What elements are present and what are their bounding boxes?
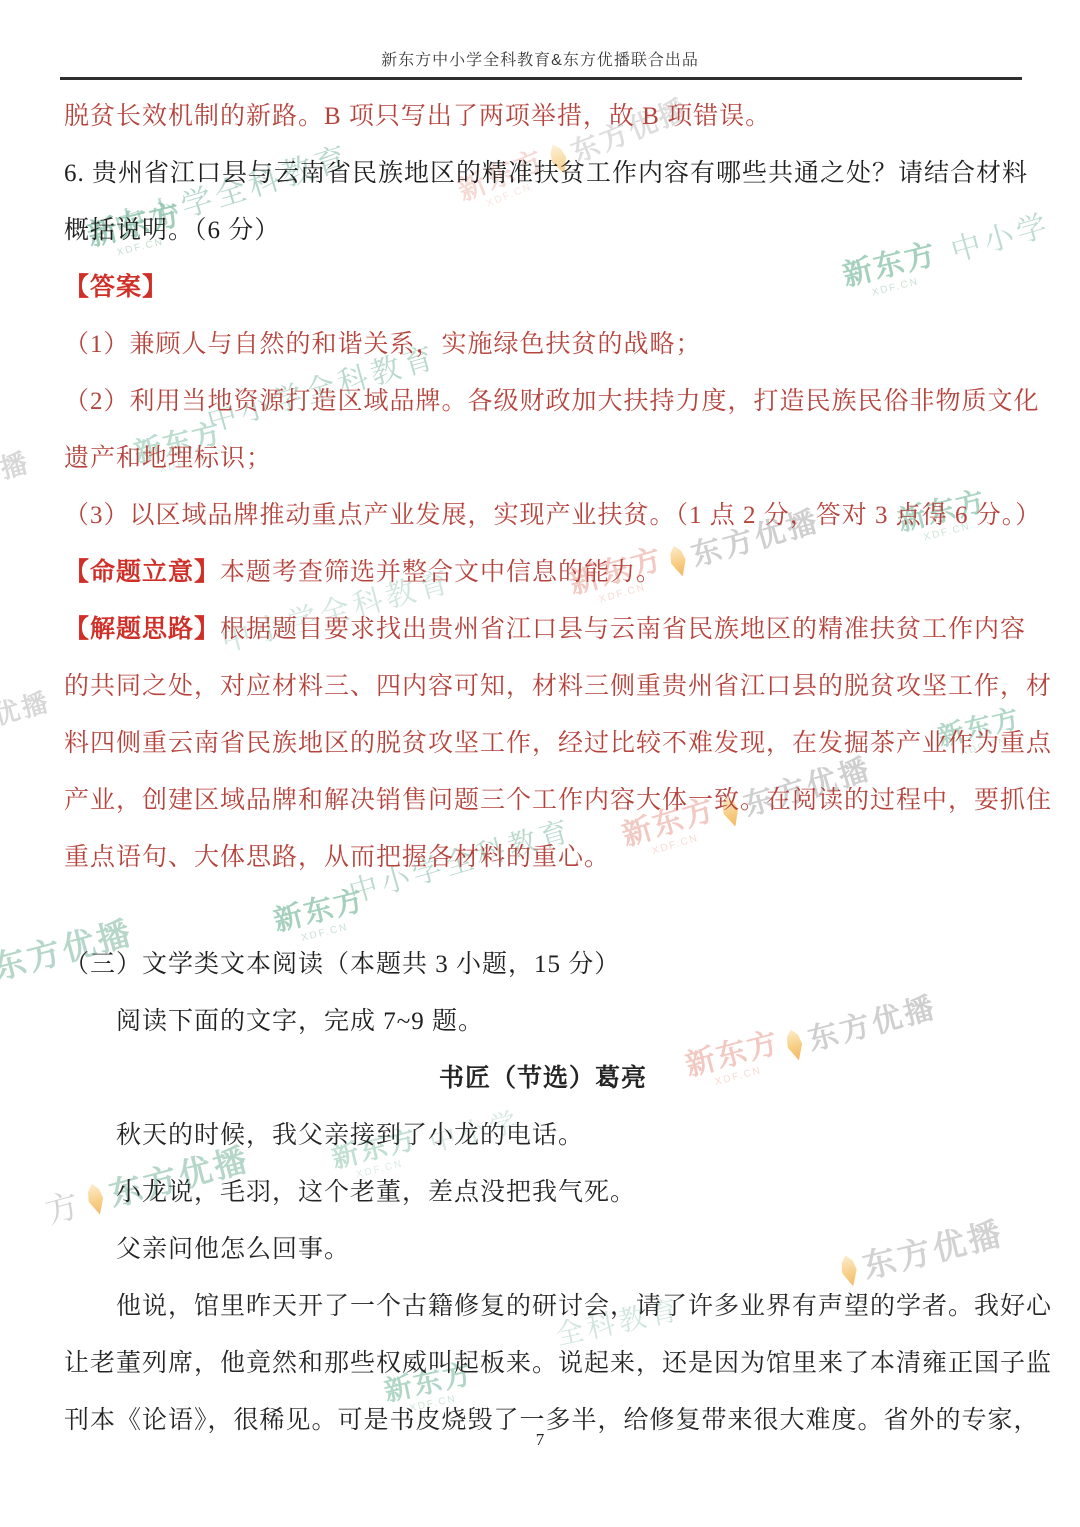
line-text: 的共同之处，对应材料三、四内容可知，材料三侧重贵州省江口县的脱贫攻坚工作，材 [64,673,1052,700]
text-line: 的共同之处，对应材料三、四内容可知，材料三侧重贵州省江口县的脱贫攻坚工作，材 [64,658,1022,715]
text-line: 父亲问他怎么回事。 [64,1221,1022,1278]
text-line: 【解题思路】根据题目要求找出贵州省江口县与云南省民族地区的精准扶贫工作内容 [64,601,1022,658]
line-text: （三）文学类文本阅读（本题共 3 小题，15 分） [64,951,620,978]
text-line: （2）利用当地资源打造区域品牌。各级财政加大扶持力度，打造民族民俗非物质文化 [64,373,1022,430]
text-line: 秋天的时候，我父亲接到了小龙的电话。 [64,1107,1022,1164]
line-text: 书匠（节选）葛亮 [439,1065,647,1092]
page-header-title: 新东方中小学全科教育&东方优播联合出品 [0,0,1080,70]
text-line: 概括说明。（6 分） [64,202,1022,259]
line-text: 遗产和地理标识； [64,445,272,472]
text-line: 遗产和地理标识； [64,430,1022,487]
line-text: 本题考查筛选并整合文中信息的能力。 [220,559,662,586]
line-text: （2）利用当地资源打造区域品牌。各级财政加大扶持力度，打造民族民俗非物质文化 [64,388,1040,415]
line-text: 根据题目要求找出贵州省江口县与云南省民族地区的精准扶贫工作内容 [220,616,1026,643]
text-line: 让老董列席，他竟然和那些权威叫起板来。说起来，还是因为馆里来了本清雍正国子监 [64,1335,1022,1392]
line-text: （1）兼顾人与自然的和谐关系，实施绿色扶贫的战略； [64,331,702,358]
text-line: 阅读下面的文字，完成 7~9 题。 [64,993,1022,1050]
line-text: 概括说明。（6 分） [64,217,280,244]
line-text: 脱贫长效机制的新路。B 项只写出了两项举措，故 B 项错误。 [64,103,771,130]
text-line: （1）兼顾人与自然的和谐关系，实施绿色扶贫的战略； [64,316,1022,373]
line-text: 让老董列席，他竟然和那些权威叫起板来。说起来，还是因为馆里来了本清雍正国子监 [64,1350,1052,1377]
line-text: 6. 贵州省江口县与云南省民族地区的精准扶贫工作内容有哪些共通之处？请结合材料 [64,160,1028,187]
answer-section-label: 【解题思路】 [64,616,220,643]
line-text: 料四侧重云南省民族地区的脱贫攻坚工作，经过比较不难发现，在发掘茶产业作为重点 [64,730,1052,757]
line-text: 父亲问他怎么回事。 [116,1236,350,1263]
page-number: 7 [0,1430,1080,1450]
text-line: （3）以区域品牌推动重点产业发展，实现产业扶贫。（1 点 2 分，答对 3 点得… [64,487,1022,544]
text-line: 脱贫长效机制的新路。B 项只写出了两项举措，故 B 项错误。 [64,88,1022,145]
text-line: 产业，创建区域品牌和解决销售问题三个工作内容大体一致。在阅读的过程中，要抓住 [64,772,1022,829]
text-line: （三）文学类文本阅读（本题共 3 小题，15 分） [64,936,1022,993]
text-line: 【命题立意】本题考查筛选并整合文中信息的能力。 [64,544,1022,601]
text-line: 6. 贵州省江口县与云南省民族地区的精准扶贫工作内容有哪些共通之处？请结合材料 [64,145,1022,202]
document-page: 中小学全科教育新东方XDF.CN新东方XDF.CN东方优播新东方XDF.CN中小… [0,0,1080,1527]
text-line: 重点语句、大体思路，从而把握各材料的重心。 [64,829,1022,886]
text-line: 他说，馆里昨天开了一个古籍修复的研讨会，请了许多业界有声望的学者。我好心 [64,1278,1022,1335]
text-line: 书匠（节选）葛亮 [64,1050,1022,1107]
line-text: 产业，创建区域品牌和解决销售问题三个工作内容大体一致。在阅读的过程中，要抓住 [64,787,1052,814]
line-text: 重点语句、大体思路，从而把握各材料的重心。 [64,844,610,871]
text-line: 【答案】 [64,259,1022,316]
line-text: （3）以区域品牌推动重点产业发展，实现产业扶贫。（1 点 2 分，答对 3 点得… [64,502,1041,529]
line-text: 小龙说，毛羽，这个老董，差点没把我气死。 [116,1179,636,1206]
line-text: 阅读下面的文字，完成 7~9 题。 [116,1008,484,1035]
answer-section-label: 【答案】 [64,274,168,301]
answer-section-label: 【命题立意】 [64,559,220,586]
line-text: 秋天的时候，我父亲接到了小龙的电话。 [116,1122,584,1149]
document-body: 脱贫长效机制的新路。B 项只写出了两项举措，故 B 项错误。6. 贵州省江口县与… [0,80,1080,1449]
text-line: 料四侧重云南省民族地区的脱贫攻坚工作，经过比较不难发现，在发掘茶产业作为重点 [64,715,1022,772]
line-text: 他说，馆里昨天开了一个古籍修复的研讨会，请了许多业界有声望的学者。我好心 [116,1293,1052,1320]
text-line: 小龙说，毛羽，这个老董，差点没把我气死。 [64,1164,1022,1221]
